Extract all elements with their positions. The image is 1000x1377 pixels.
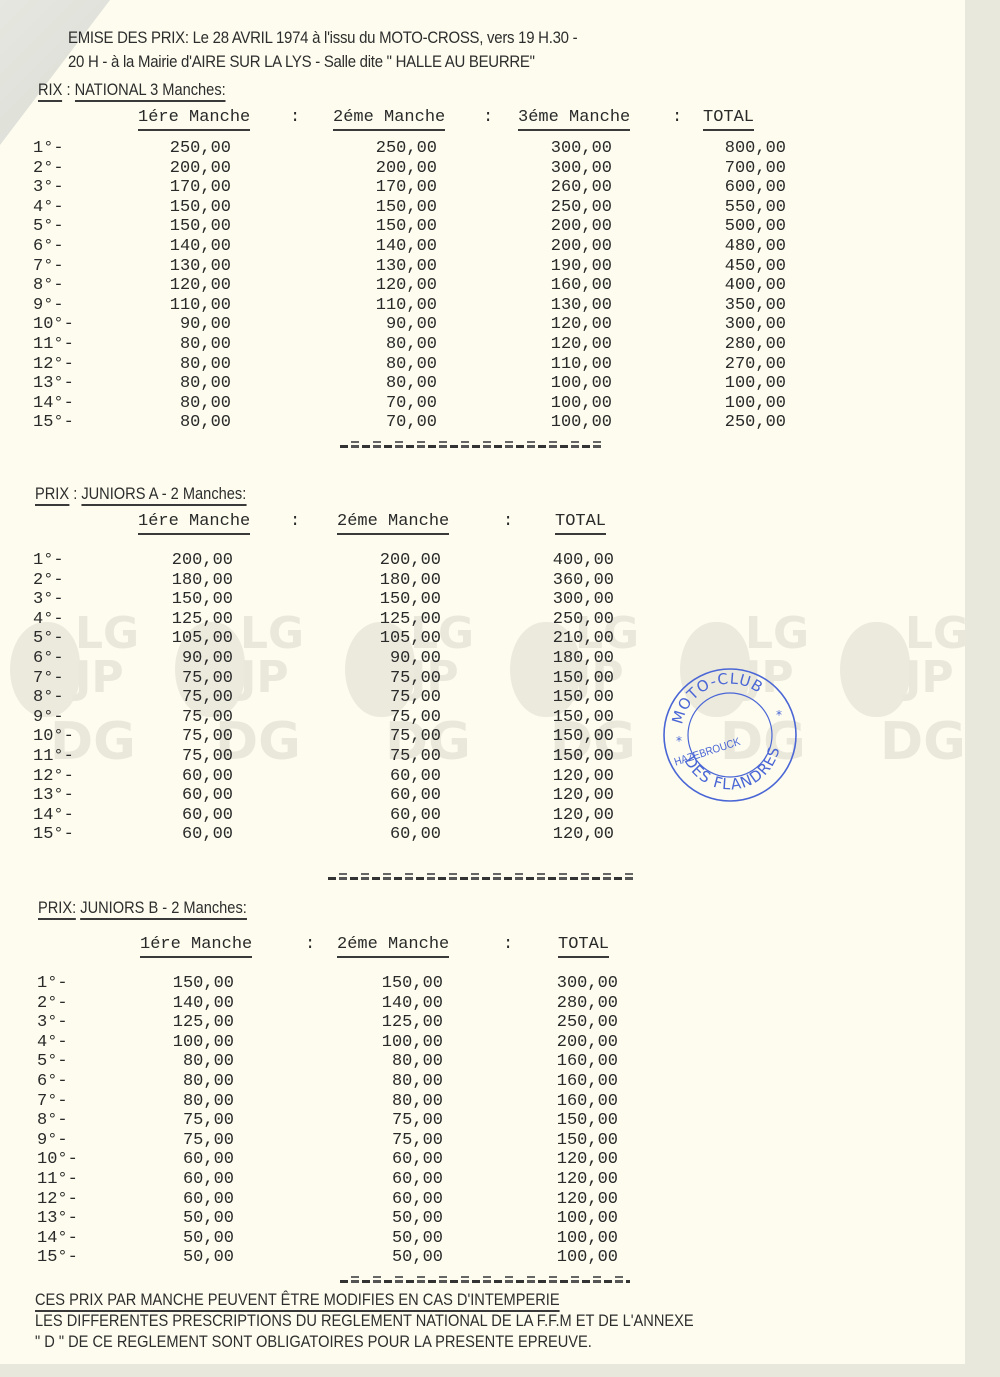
place-cell: 14°-	[37, 1229, 78, 1249]
column-header: 2éme Manche	[337, 512, 449, 535]
column-separator: :	[503, 935, 513, 955]
total-cell: 400,00	[553, 551, 614, 571]
manche-1-cell: 75,00	[182, 688, 233, 708]
total-cell: 280,00	[725, 335, 786, 355]
place-cell: 12°-	[33, 767, 74, 787]
total-cell: 250,00	[725, 413, 786, 433]
manche-2-cell: 50,00	[392, 1248, 443, 1268]
separator-line	[340, 1276, 630, 1284]
manche-3-cell: 250,00	[551, 198, 612, 218]
table-row: 1°-250,00250,00300,00800,00	[0, 139, 965, 159]
place-cell: 2°-	[33, 159, 64, 179]
table-row: 6°-140,00140,00200,00480,00	[0, 237, 965, 257]
table-row: 15°-50,0050,00100,00	[0, 1248, 965, 1268]
table-row: 1°-150,00150,00300,00	[0, 974, 965, 994]
manche-2-cell: 50,00	[392, 1229, 443, 1249]
table-row: 6°-80,0080,00160,00	[0, 1072, 965, 1092]
stamp-center-text: HAZEBROUCK	[673, 737, 742, 769]
manche-2-cell: 60,00	[392, 1170, 443, 1190]
manche-3-cell: 100,00	[551, 374, 612, 394]
manche-2-cell: 150,00	[376, 198, 437, 218]
total-cell: 270,00	[725, 355, 786, 375]
manche-2-cell: 150,00	[382, 974, 443, 994]
separator-line	[328, 873, 636, 881]
manche-2-cell: 125,00	[380, 610, 441, 630]
section-prefix: PRIX:	[38, 898, 76, 920]
manche-2-cell: 70,00	[386, 413, 437, 433]
manche-1-cell: 140,00	[173, 994, 234, 1014]
manche-1-cell: 150,00	[172, 590, 233, 610]
place-cell: 2°-	[37, 994, 68, 1014]
manche-1-cell: 50,00	[183, 1248, 234, 1268]
table-row: 3°-125,00125,00250,00	[0, 1013, 965, 1033]
manche-3-cell: 300,00	[551, 159, 612, 179]
manche-1-cell: 250,00	[170, 139, 231, 159]
total-cell: 700,00	[725, 159, 786, 179]
total-cell: 150,00	[557, 1111, 618, 1131]
manche-2-cell: 150,00	[380, 590, 441, 610]
total-cell: 800,00	[725, 139, 786, 159]
place-cell: 13°-	[33, 374, 74, 394]
manche-1-cell: 80,00	[180, 394, 231, 414]
manche-2-cell: 140,00	[382, 994, 443, 1014]
table-row: 2°-180,00180,00360,00	[0, 571, 965, 591]
manche-1-cell: 150,00	[173, 974, 234, 994]
manche-2-cell: 75,00	[392, 1111, 443, 1131]
place-cell: 7°-	[33, 257, 64, 277]
manche-3-cell: 100,00	[551, 413, 612, 433]
table-row: 3°-150,00150,00300,00	[0, 590, 965, 610]
total-cell: 180,00	[553, 649, 614, 669]
total-cell: 500,00	[725, 217, 786, 237]
header-line-1: EMISE DES PRIX: Le 28 AVRIL 1974 à l'iss…	[68, 26, 577, 50]
total-cell: 120,00	[553, 806, 614, 826]
manche-2-cell: 105,00	[380, 629, 441, 649]
manche-2-cell: 200,00	[380, 551, 441, 571]
manche-1-cell: 60,00	[183, 1190, 234, 1210]
table-row: 6°-90,0090,00180,00	[0, 649, 965, 669]
place-cell: 4°-	[33, 198, 64, 218]
manche-2-cell: 140,00	[376, 237, 437, 257]
table-row: 12°-60,0060,00120,00	[0, 767, 965, 787]
total-cell: 300,00	[553, 590, 614, 610]
manche-1-cell: 125,00	[173, 1013, 234, 1033]
table-row: 14°-80,0070,00100,00100,00	[0, 394, 965, 414]
table-row: 8°-75,0075,00150,00	[0, 688, 965, 708]
column-separator: :	[290, 512, 300, 532]
total-cell: 250,00	[557, 1013, 618, 1033]
manche-1-cell: 150,00	[170, 198, 231, 218]
total-cell: 100,00	[557, 1248, 618, 1268]
column-header: 1ére Manche	[138, 108, 250, 131]
table-row: 8°-120,00120,00160,00400,00	[0, 276, 965, 296]
manche-2-cell: 80,00	[392, 1052, 443, 1072]
table-row: 9°-110,00110,00130,00350,00	[0, 296, 965, 316]
manche-2-cell: 80,00	[392, 1072, 443, 1092]
manche-2-cell: 130,00	[376, 257, 437, 277]
manche-2-cell: 75,00	[390, 708, 441, 728]
total-cell: 100,00	[725, 394, 786, 414]
column-separator: :	[672, 108, 682, 128]
total-cell: 150,00	[553, 669, 614, 689]
manche-1-cell: 80,00	[183, 1092, 234, 1112]
manche-1-cell: 90,00	[180, 315, 231, 335]
place-cell: 8°-	[37, 1111, 68, 1131]
table-row: 14°-50,0050,00100,00	[0, 1229, 965, 1249]
place-cell: 11°-	[33, 335, 74, 355]
total-cell: 250,00	[553, 610, 614, 630]
manche-1-cell: 50,00	[183, 1229, 234, 1249]
place-cell: 6°-	[33, 237, 64, 257]
manche-2-cell: 90,00	[390, 649, 441, 669]
total-cell: 150,00	[557, 1131, 618, 1151]
table-row: 9°-75,0075,00150,00	[0, 708, 965, 728]
place-cell: 15°-	[33, 413, 74, 433]
total-cell: 150,00	[553, 727, 614, 747]
section-name: JUNIORS A - 2 Manches:	[81, 484, 246, 506]
table-row: 2°-200,00200,00300,00700,00	[0, 159, 965, 179]
total-cell: 400,00	[725, 276, 786, 296]
manche-2-cell: 150,00	[376, 217, 437, 237]
manche-2-cell: 75,00	[390, 669, 441, 689]
total-cell: 150,00	[553, 708, 614, 728]
table-row: 1°-200,00200,00400,00	[0, 551, 965, 571]
table-row: 2°-140,00140,00280,00	[0, 994, 965, 1014]
total-cell: 150,00	[553, 747, 614, 767]
section-title-juniors-b: PRIX: JUNIORS B - 2 Manches:	[38, 898, 247, 918]
footer-notice-3: " D " DE CE REGLEMENT SONT OBLIGATOIRES …	[35, 1332, 592, 1352]
place-cell: 8°-	[33, 276, 64, 296]
manche-2-cell: 80,00	[392, 1092, 443, 1112]
table-row: 14°-60,0060,00120,00	[0, 806, 965, 826]
manche-3-cell: 120,00	[551, 335, 612, 355]
place-cell: 13°-	[37, 1209, 78, 1229]
place-cell: 13°-	[33, 786, 74, 806]
manche-1-cell: 75,00	[182, 669, 233, 689]
table-row: 13°-80,0080,00100,00100,00	[0, 374, 965, 394]
column-header: 1ére Manche	[140, 935, 252, 958]
table-row: 4°-100,00100,00200,00	[0, 1033, 965, 1053]
section-prefix: RIX	[38, 80, 62, 102]
total-cell: 350,00	[725, 296, 786, 316]
place-cell: 1°-	[33, 139, 64, 159]
total-cell: 160,00	[557, 1092, 618, 1112]
total-cell: 100,00	[557, 1229, 618, 1249]
manche-1-cell: 170,00	[170, 178, 231, 198]
manche-1-cell: 140,00	[170, 237, 231, 257]
table-row: 5°-80,0080,00160,00	[0, 1052, 965, 1072]
table-row: 12°-80,0080,00110,00270,00	[0, 355, 965, 375]
manche-3-cell: 120,00	[551, 315, 612, 335]
column-header: 2éme Manche	[333, 108, 445, 131]
place-cell: 8°-	[33, 688, 64, 708]
manche-2-cell: 60,00	[392, 1150, 443, 1170]
manche-1-cell: 100,00	[173, 1033, 234, 1053]
total-cell: 480,00	[725, 237, 786, 257]
manche-1-cell: 105,00	[172, 629, 233, 649]
manche-2-cell: 180,00	[380, 571, 441, 591]
section-title-national: RIX : NATIONAL 3 Manches:	[38, 80, 226, 100]
place-cell: 7°-	[37, 1092, 68, 1112]
place-cell: 4°-	[37, 1033, 68, 1053]
table-row: 15°-80,0070,00100,00250,00	[0, 413, 965, 433]
manche-1-cell: 60,00	[182, 786, 233, 806]
manche-1-cell: 125,00	[172, 610, 233, 630]
manche-1-cell: 60,00	[182, 825, 233, 845]
manche-2-cell: 60,00	[390, 806, 441, 826]
table-row: 9°-75,0075,00150,00	[0, 1131, 965, 1151]
manche-3-cell: 300,00	[551, 139, 612, 159]
column-header: 1ére Manche	[138, 512, 250, 535]
column-header: 2éme Manche	[337, 935, 449, 958]
place-cell: 14°-	[33, 806, 74, 826]
total-cell: 360,00	[553, 571, 614, 591]
place-cell: 5°-	[33, 629, 64, 649]
total-cell: 280,00	[557, 994, 618, 1014]
manche-2-cell: 110,00	[376, 296, 437, 316]
place-cell: 4°-	[33, 610, 64, 630]
manche-1-cell: 80,00	[180, 413, 231, 433]
section-prefix: PRIX	[35, 484, 69, 506]
place-cell: 10°-	[33, 727, 74, 747]
total-cell: 100,00	[725, 374, 786, 394]
manche-3-cell: 160,00	[551, 276, 612, 296]
manche-1-cell: 75,00	[183, 1111, 234, 1131]
manche-3-cell: 190,00	[551, 257, 612, 277]
place-cell: 14°-	[33, 394, 74, 414]
place-cell: 12°-	[37, 1190, 78, 1210]
place-cell: 7°-	[33, 669, 64, 689]
manche-3-cell: 130,00	[551, 296, 612, 316]
manche-1-cell: 200,00	[170, 159, 231, 179]
moto-club-stamp: MOTO-CLUB DES FLANDRES HAZEBROUCK * *	[660, 665, 800, 805]
place-cell: 12°-	[33, 355, 74, 375]
document-content: EMISE DES PRIX: Le 28 AVRIL 1974 à l'iss…	[0, 0, 965, 1364]
place-cell: 3°-	[33, 590, 64, 610]
place-cell: 11°-	[33, 747, 74, 767]
table-row: 8°-75,0075,00150,00	[0, 1111, 965, 1131]
manche-1-cell: 50,00	[183, 1209, 234, 1229]
total-cell: 300,00	[725, 315, 786, 335]
star-icon: *	[776, 708, 782, 722]
manche-2-cell: 75,00	[390, 747, 441, 767]
place-cell: 5°-	[33, 217, 64, 237]
manche-2-cell: 75,00	[392, 1131, 443, 1151]
manche-2-cell: 50,00	[392, 1209, 443, 1229]
separator-line	[340, 441, 602, 449]
table-row: 15°-60,0060,00120,00	[0, 825, 965, 845]
manche-1-cell: 75,00	[183, 1131, 234, 1151]
table-row: 11°-75,0075,00150,00	[0, 747, 965, 767]
total-cell: 120,00	[557, 1150, 618, 1170]
section-title-juniors-a: PRIX : JUNIORS A - 2 Manches:	[35, 484, 246, 504]
header-line-2: 20 H - à la Mairie d'AIRE SUR LA LYS - S…	[68, 50, 577, 74]
table-row: 5°-150,00150,00200,00500,00	[0, 217, 965, 237]
manche-1-cell: 75,00	[182, 708, 233, 728]
table-row: 10°-90,0090,00120,00300,00	[0, 315, 965, 335]
manche-1-cell: 60,00	[183, 1150, 234, 1170]
manche-2-cell: 200,00	[376, 159, 437, 179]
total-cell: 210,00	[553, 629, 614, 649]
footer-notice-1: CES PRIX PAR MANCHE PEUVENT ÊTRE MODIFIE…	[35, 1290, 560, 1310]
manche-3-cell: 110,00	[551, 355, 612, 375]
place-cell: 9°-	[33, 296, 64, 316]
manche-2-cell: 80,00	[386, 335, 437, 355]
table-row: 7°-75,0075,00150,00	[0, 669, 965, 689]
table-row: 10°-60,0060,00120,00	[0, 1150, 965, 1170]
manche-3-cell: 260,00	[551, 178, 612, 198]
manche-1-cell: 110,00	[170, 296, 231, 316]
manche-2-cell: 80,00	[386, 374, 437, 394]
place-cell: 2°-	[33, 571, 64, 591]
footer-notice-2: LES DIFFERENTES PRESCRIPTIONS DU REGLEME…	[35, 1311, 694, 1331]
header-block: EMISE DES PRIX: Le 28 AVRIL 1974 à l'iss…	[68, 26, 577, 74]
manche-1-cell: 60,00	[182, 806, 233, 826]
manche-2-cell: 60,00	[390, 825, 441, 845]
manche-1-cell: 180,00	[172, 571, 233, 591]
table-row: 12°-60,0060,00120,00	[0, 1190, 965, 1210]
total-cell: 160,00	[557, 1072, 618, 1092]
manche-1-cell: 80,00	[180, 374, 231, 394]
manche-1-cell: 80,00	[180, 335, 231, 355]
total-cell: 120,00	[553, 786, 614, 806]
manche-2-cell: 60,00	[390, 767, 441, 787]
manche-1-cell: 80,00	[180, 355, 231, 375]
total-cell: 200,00	[557, 1033, 618, 1053]
table-row: 7°-130,00130,00190,00450,00	[0, 257, 965, 277]
place-cell: 15°-	[37, 1248, 78, 1268]
table-row: 13°-50,0050,00100,00	[0, 1209, 965, 1229]
table-row: 5°-105,00105,00210,00	[0, 629, 965, 649]
total-cell: 120,00	[553, 825, 614, 845]
total-cell: 100,00	[557, 1209, 618, 1229]
column-separator: :	[483, 108, 493, 128]
manche-3-cell: 100,00	[551, 394, 612, 414]
section-name: NATIONAL 3 Manches:	[75, 80, 226, 102]
table-row: 11°-60,0060,00120,00	[0, 1170, 965, 1190]
total-cell: 160,00	[557, 1052, 618, 1072]
place-cell: 3°-	[33, 178, 64, 198]
manche-3-cell: 200,00	[551, 237, 612, 257]
manche-2-cell: 125,00	[382, 1013, 443, 1033]
column-header: TOTAL	[558, 935, 609, 958]
column-separator: :	[503, 512, 513, 532]
manche-1-cell: 90,00	[182, 649, 233, 669]
table-row: 4°-150,00150,00250,00550,00	[0, 198, 965, 218]
manche-2-cell: 70,00	[386, 394, 437, 414]
manche-2-cell: 170,00	[376, 178, 437, 198]
place-cell: 11°-	[37, 1170, 78, 1190]
place-cell: 9°-	[37, 1131, 68, 1151]
manche-2-cell: 75,00	[390, 727, 441, 747]
manche-2-cell: 80,00	[386, 355, 437, 375]
svg-text:MOTO-CLUB: MOTO-CLUB	[668, 670, 766, 726]
manche-1-cell: 60,00	[183, 1170, 234, 1190]
table-row: 4°-125,00125,00250,00	[0, 610, 965, 630]
table-row: 10°-75,0075,00150,00	[0, 727, 965, 747]
manche-1-cell: 75,00	[182, 727, 233, 747]
total-cell: 550,00	[725, 198, 786, 218]
place-cell: 15°-	[33, 825, 74, 845]
manche-1-cell: 80,00	[183, 1052, 234, 1072]
manche-1-cell: 130,00	[170, 257, 231, 277]
place-cell: 5°-	[37, 1052, 68, 1072]
star-icon: *	[676, 734, 682, 748]
place-cell: 10°-	[33, 315, 74, 335]
column-header: 3éme Manche	[518, 108, 630, 131]
total-cell: 600,00	[725, 178, 786, 198]
column-separator: :	[305, 935, 315, 955]
table-row: 7°-80,0080,00160,00	[0, 1092, 965, 1112]
total-cell: 150,00	[553, 688, 614, 708]
manche-1-cell: 120,00	[170, 276, 231, 296]
place-cell: 1°-	[33, 551, 64, 571]
column-separator: :	[290, 108, 300, 128]
table-row: 3°-170,00170,00260,00600,00	[0, 178, 965, 198]
place-cell: 10°-	[37, 1150, 78, 1170]
manche-1-cell: 80,00	[183, 1072, 234, 1092]
manche-1-cell: 60,00	[182, 767, 233, 787]
section-name: JUNIORS B - 2 Manches:	[80, 898, 247, 920]
stamp-top-text: MOTO-CLUB	[668, 670, 766, 726]
place-cell: 6°-	[33, 649, 64, 669]
column-header: TOTAL	[703, 108, 754, 131]
total-cell: 120,00	[557, 1170, 618, 1190]
table-row: 11°-80,0080,00120,00280,00	[0, 335, 965, 355]
total-cell: 120,00	[553, 767, 614, 787]
manche-2-cell: 120,00	[376, 276, 437, 296]
column-header: TOTAL	[555, 512, 606, 535]
manche-2-cell: 75,00	[390, 688, 441, 708]
manche-1-cell: 150,00	[170, 217, 231, 237]
manche-3-cell: 200,00	[551, 217, 612, 237]
table-row: 13°-60,0060,00120,00	[0, 786, 965, 806]
manche-1-cell: 75,00	[182, 747, 233, 767]
manche-2-cell: 90,00	[386, 315, 437, 335]
manche-1-cell: 200,00	[172, 551, 233, 571]
place-cell: 1°-	[37, 974, 68, 994]
manche-2-cell: 60,00	[392, 1190, 443, 1210]
manche-2-cell: 60,00	[390, 786, 441, 806]
manche-2-cell: 100,00	[382, 1033, 443, 1053]
total-cell: 120,00	[557, 1190, 618, 1210]
place-cell: 6°-	[37, 1072, 68, 1092]
total-cell: 300,00	[557, 974, 618, 994]
place-cell: 9°-	[33, 708, 64, 728]
manche-2-cell: 250,00	[376, 139, 437, 159]
total-cell: 450,00	[725, 257, 786, 277]
place-cell: 3°-	[37, 1013, 68, 1033]
